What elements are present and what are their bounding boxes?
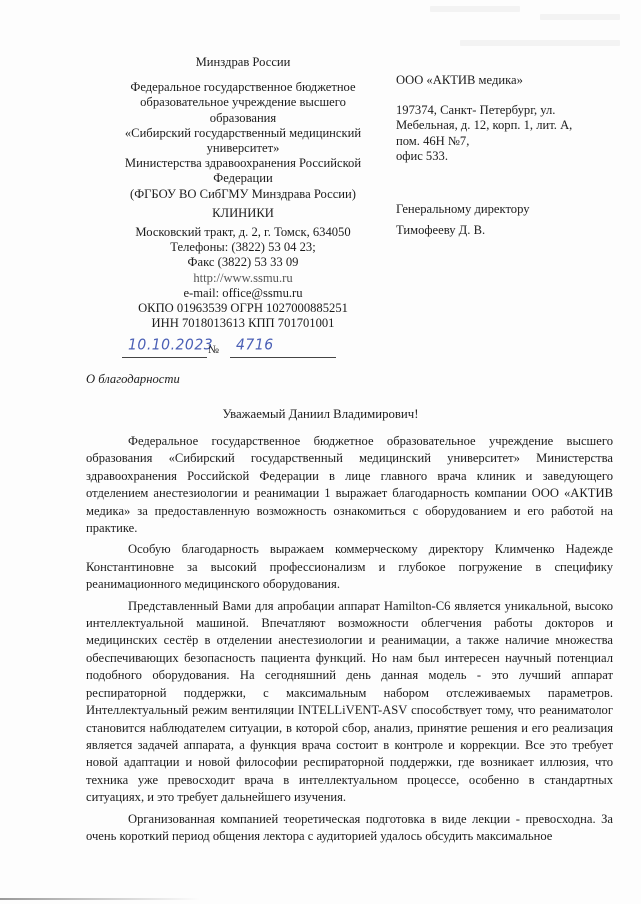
number-label: № — [208, 343, 219, 358]
sender-phones: Телефоны: (3822) 53 04 23; — [108, 240, 378, 255]
sender-okpo-ogrn: ОКПО 01963539 ОГРН 1027000885251 — [108, 301, 378, 316]
recipient-address-line: Мебельная, д. 12, корп. 1, лит. А, — [396, 118, 636, 133]
date-number-line: 10.10.2023 № 4716 — [108, 339, 378, 361]
letter-page: Минздрав России Федеральное государствен… — [0, 0, 641, 904]
sender-fax: Факс (3822) 53 33 09 — [108, 255, 378, 270]
org-name-line: университет» — [108, 141, 378, 156]
body-paragraph: Организованная компанией теоретическая п… — [86, 811, 613, 846]
bleed-through-mark — [540, 14, 620, 20]
body-paragraph: Особую благодарность выражаем коммерческ… — [86, 541, 613, 593]
body-paragraph: Федеральное государственное бюджетное об… — [86, 433, 613, 537]
salutation: Уважаемый Даниил Владимирович! — [0, 407, 641, 422]
recipient-company: ООО «АКТИВ медика» — [396, 73, 636, 88]
date-field: 10.10.2023 — [122, 339, 207, 358]
division-name: КЛИНИКИ — [108, 206, 378, 221]
org-name-line: Федерации — [108, 171, 378, 186]
bleed-through-mark — [430, 6, 520, 12]
org-name-line: Федеральное государственное бюджетное — [108, 80, 378, 95]
recipient-title: Генеральному директору — [396, 202, 636, 217]
sender-inn-kpp: ИНН 7018013613 КПП 701701001 — [108, 316, 378, 331]
bleed-through-mark — [460, 40, 620, 46]
sender-address: Московский тракт, д. 2, г. Томск, 634050 — [108, 225, 378, 240]
org-name-line: (ФГБОУ ВО СибГМУ Минздрава России) — [108, 187, 378, 202]
recipient-block: ООО «АКТИВ медика» 197374, Санкт- Петерб… — [396, 73, 636, 238]
org-name-line: «Сибирский государственный медицинский — [108, 126, 378, 141]
body-paragraph: Представленный Вами для апробации аппара… — [86, 598, 613, 807]
letter-subject: О благодарности — [86, 372, 180, 387]
number-field: 4716 — [230, 339, 336, 358]
scan-edge-shadow — [0, 898, 200, 900]
org-name-line: образовательное учреждение высшего образ… — [108, 95, 378, 125]
handwritten-date: 10.10.2023 — [128, 338, 213, 355]
ministry-short-name: Минздрав России — [108, 55, 378, 70]
handwritten-number: 4716 — [236, 338, 274, 355]
org-name-line: Министерства здравоохранения Российской — [108, 156, 378, 171]
sender-email: e-mail: office@ssmu.ru — [108, 286, 378, 301]
recipient-address-line: 197374, Санкт- Петербург, ул. — [396, 103, 636, 118]
letter-body: Федеральное государственное бюджетное об… — [86, 433, 613, 849]
recipient-address-line: пом. 46Н №7, — [396, 134, 636, 149]
recipient-name: Тимофееву Д. В. — [396, 223, 636, 238]
sender-letterhead: Минздрав России Федеральное государствен… — [108, 55, 378, 361]
sender-website: http://www.ssmu.ru — [108, 271, 378, 286]
recipient-address-line: офис 533. — [396, 149, 636, 164]
